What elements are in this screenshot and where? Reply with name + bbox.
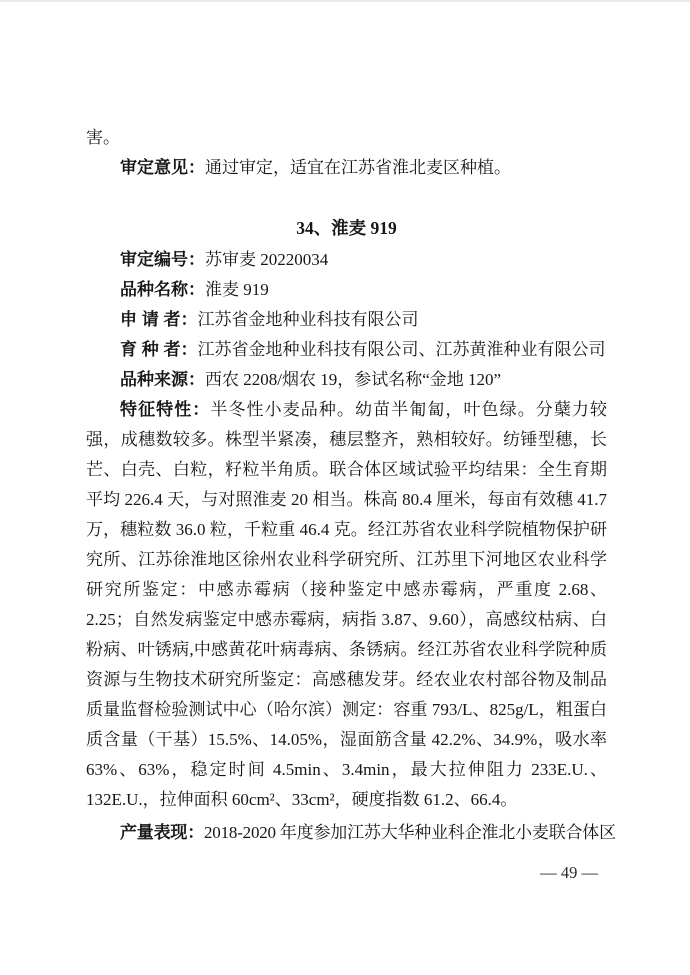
field-label-breeder: 育 种 者： <box>120 340 197 359</box>
field-label-variety-origin: 品种来源： <box>120 370 205 389</box>
field-label-applicant: 申 请 者： <box>120 310 197 329</box>
field-label-variety-name: 品种名称： <box>120 280 205 299</box>
yield-performance-text: 2018-2020 年度参加江苏大华种业科企淮北小麦联合体区 <box>204 823 616 842</box>
page-top-edge <box>0 0 690 2</box>
field-value-variety-origin: 西农 2208/烟农 19，参试名称“金地 120” <box>205 370 501 389</box>
review-opinion-text: 通过审定，适宜在江苏省淮北麦区种植。 <box>205 158 511 177</box>
field-row-breeder: 育 种 者：江苏省金地种业科技有限公司、江苏黄淮种业有限公司 <box>86 335 607 365</box>
field-row-applicant: 申 请 者：江苏省金地种业科技有限公司 <box>86 305 607 335</box>
yield-performance-line: 产量表现：2018-2020 年度参加江苏大华种业科企淮北小麦联合体区 <box>86 818 607 848</box>
field-list: 审定编号：苏审麦 20220034 品种名称：淮麦 919 申 请 者：江苏省金… <box>86 245 607 395</box>
field-value-certification-number: 苏审麦 20220034 <box>205 250 328 269</box>
field-row-variety-origin: 品种来源：西农 2208/烟农 19，参试名称“金地 120” <box>86 365 607 395</box>
document-page: 害。 审定意见：通过审定，适宜在江苏省淮北麦区种植。 34、淮麦 919 审定编… <box>0 0 690 975</box>
characteristics-label: 特征特性： <box>120 400 210 419</box>
carryover-text: 害。 <box>86 123 607 153</box>
field-label-certification-number: 审定编号： <box>120 250 205 269</box>
section-heading: 34、淮麦 919 <box>86 213 607 243</box>
field-row-variety-name: 品种名称：淮麦 919 <box>86 275 607 305</box>
field-value-variety-name: 淮麦 919 <box>205 280 269 299</box>
field-value-breeder: 江苏省金地种业科技有限公司、江苏黄淮种业有限公司 <box>197 340 605 359</box>
field-row-certification-number: 审定编号：苏审麦 20220034 <box>86 245 607 275</box>
review-opinion-line: 审定意见：通过审定，适宜在江苏省淮北麦区种植。 <box>86 153 607 183</box>
characteristics-text: 半冬性小麦品种。幼苗半匍匐，叶色绿。分蘖力较强，成穗数较多。株型半紧凑，穗层整齐… <box>86 400 607 809</box>
yield-performance-label: 产量表现： <box>120 823 204 842</box>
review-opinion-label: 审定意见： <box>120 158 205 177</box>
page-number: — 49 — <box>540 860 598 886</box>
characteristics-paragraph: 特征特性：半冬性小麦品种。幼苗半匍匐，叶色绿。分蘖力较强，成穗数较多。株型半紧凑… <box>86 395 607 815</box>
field-value-applicant: 江苏省金地种业科技有限公司 <box>197 310 418 329</box>
